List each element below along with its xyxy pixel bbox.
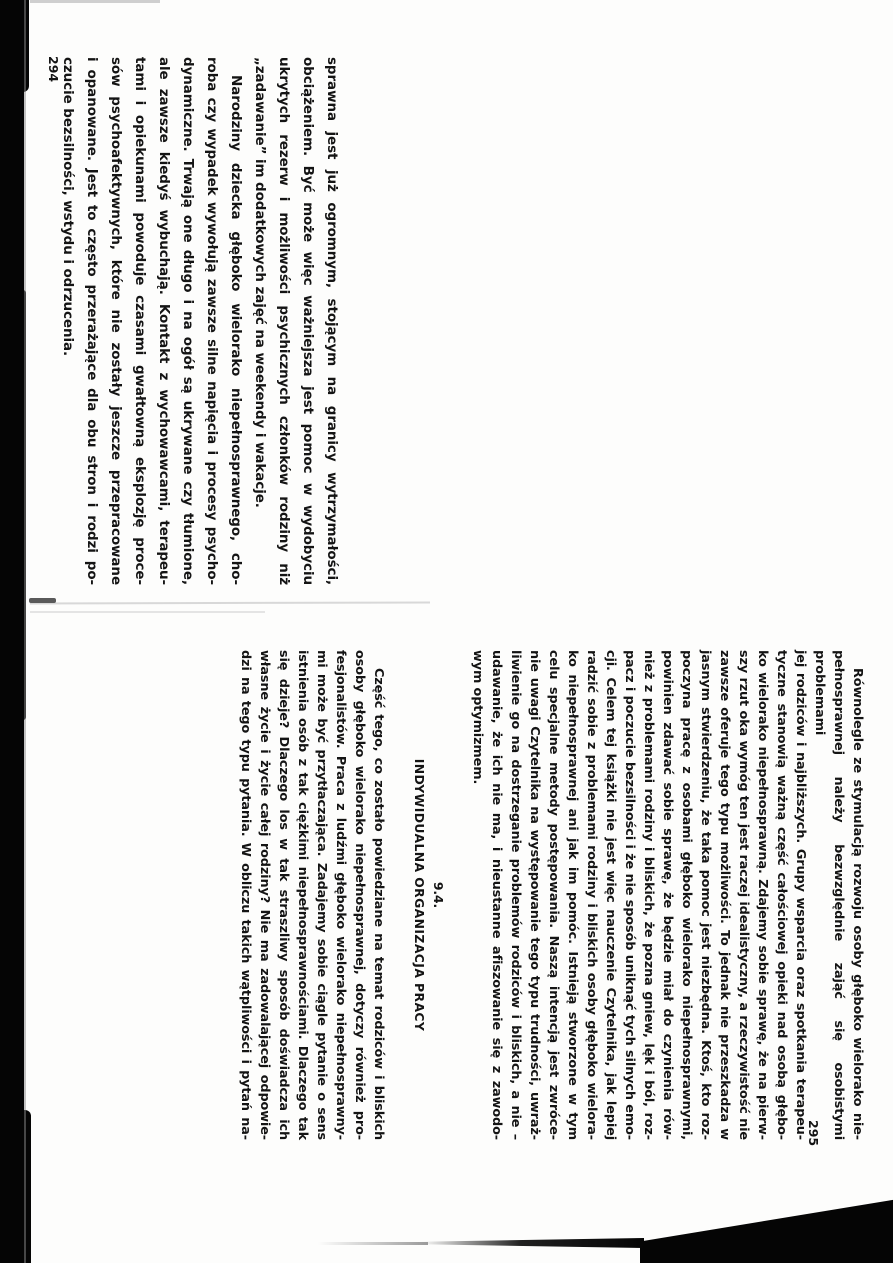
scan-corner-streak-faint (318, 1242, 428, 1245)
text-line: ko wielorako niepełnosprawną. Zdajemy so… (753, 650, 772, 1140)
text-line: roba czy wypadek wywołują zawsze silne n… (200, 57, 224, 585)
text-line: dzi na tego typu pytania. W obliczu taki… (236, 650, 255, 1140)
text-line: osoby głęboko wielorako niepełnosprawnej… (350, 650, 369, 1140)
text-line: Narodziny dziecka głęboko wielorako niep… (224, 57, 248, 585)
text-line: wym optymizmem. (468, 650, 487, 1140)
text-line: ko niepełnosprawnej ani jak im pomóc. Is… (563, 650, 582, 1140)
text-line: czucie bezsilności, wstydu i odrzucenia. (56, 57, 80, 585)
text-line: pełnosprawnej należy bezwzględnie zająć … (810, 650, 848, 1140)
text-line: pacz i poczucie bezsilności i że nie spo… (620, 650, 639, 1140)
text-line: sprawna jest już ogromnym, stojącym na g… (320, 57, 344, 585)
section-number: 9.4. (429, 650, 448, 1140)
text-line: ale zawsze kiedyś wybuchają. Kontakt z w… (152, 57, 176, 585)
text-line: się dzieje? Dlaczego los w tak straszliw… (274, 650, 293, 1140)
scan-corner-streak (420, 1238, 644, 1248)
text-line: Część tego, co zostało powiedziane na te… (369, 650, 388, 1140)
spine-streak (30, 611, 265, 613)
text-line: mi może być przytłaczająca. Zadajemy sob… (312, 650, 331, 1140)
text-line: dynamiczne. Trwają one długo i na ogół s… (176, 57, 200, 585)
scan-edge-left (0, 0, 24, 1263)
text-line: tyczne stanowią ważną część całościowej … (772, 650, 791, 1140)
text-line: i opanowane. Jest to często przerażające… (80, 57, 104, 585)
text-line: celu specjalne metody postępowania. Nasz… (544, 650, 563, 1140)
spine-dark-dash (29, 598, 56, 603)
section-title: INDYWIDUALNA ORGANIZACJA PRACY (410, 650, 429, 1140)
text-line: nie uwagi Czytelnika na występowanie teg… (525, 650, 544, 1140)
text-line: obciążeniem. Być może więc ważniejsza je… (296, 57, 320, 585)
spine-streak (30, 601, 430, 604)
text-line: liwienie go na dostrzeganie problemów ro… (506, 650, 525, 1140)
scan-corner-wedge (640, 1186, 893, 1263)
scan-edge-left-bottom (0, 1110, 31, 1263)
page-295-paragraphs: Równolegle ze stymulacją rozwoju osoby g… (236, 650, 867, 1140)
book-scan: 294 sprawna jest już ogromnym, stojącym … (0, 0, 893, 1263)
text-line: „zadawanie” im dodatkowych zajęć na week… (248, 57, 272, 585)
text-line: szy rzut oka wymóg ten jest raczej ideal… (734, 650, 753, 1140)
text-line: cji. Celem tej książki nie jest więc nau… (601, 650, 620, 1140)
text-line: własne życie i życie całej rodziny? Nie … (255, 650, 274, 1140)
text-line: poczyna pracę z osobami głęboko wielorak… (677, 650, 696, 1140)
text-line: fesjonalistów. Praca z ludźmi głęboko wi… (331, 650, 350, 1140)
text-line: ukrytych rezerw i możliwości psychicznyc… (272, 57, 296, 585)
text-line: radzić sobie z problemami rodziny i blis… (582, 650, 601, 1140)
scan-edge-left-shadow (24, 0, 26, 1263)
text-line: sów psychoafektywnych, które nie zostały… (104, 57, 128, 585)
scan-edge-top-sliver (30, 0, 160, 3)
text-line: zawsze oferuje tego typu możliwości. To … (715, 650, 734, 1140)
text-line: istnienia osób z tak ciężkimi niepełnosp… (293, 650, 312, 1140)
page-294-text-area: sprawna jest już ogromnym, stojącym na g… (56, 57, 344, 585)
page-294-paragraphs: sprawna jest już ogromnym, stojącym na g… (56, 57, 344, 585)
text-line: jej rodziców i najbliższych. Grupy wspar… (791, 650, 810, 1140)
text-line: udawanie, że ich nie ma, i nieustanne af… (487, 650, 506, 1140)
text-line: Równolegle ze stymulacją rozwoju osoby g… (848, 650, 867, 1140)
text-line: tami i opiekunami powoduje czasami gwałt… (128, 57, 152, 585)
text-line: jasnym stwierdzeniu, że taka pomoc jest … (696, 650, 715, 1140)
page-295-text-area: Równolegle ze stymulacją rozwoju osoby g… (236, 650, 848, 1140)
text-line: powinien zdawać sobie sprawę, że będzie … (658, 650, 677, 1140)
text-line: nież z problemami rodziny i bliskich, że… (639, 650, 658, 1140)
